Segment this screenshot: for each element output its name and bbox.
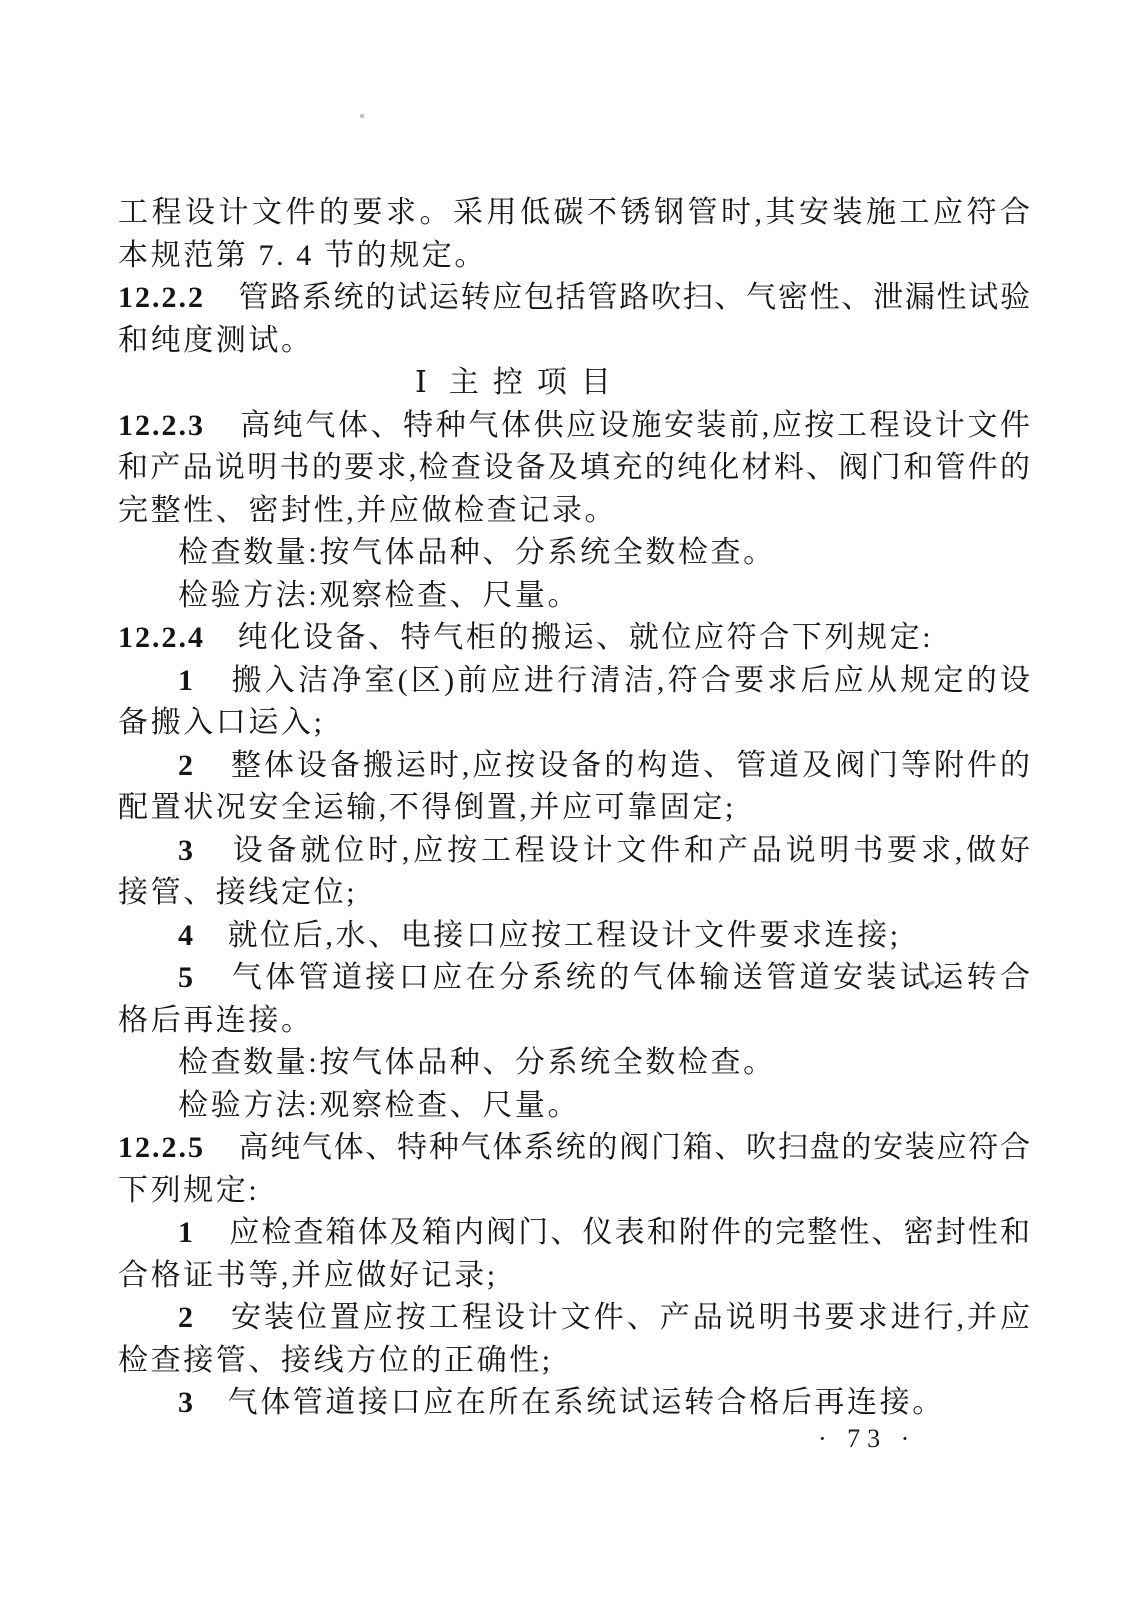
clause-text: 管路系统的试运转应包括管路吹扫、气密性、泄漏性试验 <box>205 281 1030 314</box>
text-line: 12.2.5 高纯气体、特种气体系统的阀门箱、吹扫盘的安装应符合 <box>118 1127 1030 1170</box>
clause-number: 1 <box>178 1216 195 1249</box>
clause-text: 和纯度测试。 <box>118 324 314 357</box>
clause-text: 纯化设备、特气柜的搬运、就位应符合下列规定: <box>205 621 933 654</box>
clause-text: 检查接管、接线方位的正确性; <box>118 1344 553 1377</box>
text-line: 12.2.3 高纯气体、特种气体供应设施安装前,应按工程设计文件 <box>118 405 1030 448</box>
clause-number: 2 <box>178 749 195 782</box>
clause-text: 设备就位时,应按工程设计文件和产品说明书要求,做好 <box>195 834 1030 867</box>
text-line: 检查数量:按气体品种、分系统全数检查。 <box>118 532 1030 575</box>
scan-speck <box>360 114 364 118</box>
text-line: 合格证书等,并应做好记录; <box>118 1255 1030 1298</box>
clause-text: 检查数量:按气体品种、分系统全数检查。 <box>178 1046 776 1079</box>
section-heading: Ⅰ主控项目 <box>118 362 1030 405</box>
clause-number: 12.2.3 <box>118 409 205 442</box>
clause-text: 合格证书等,并应做好记录; <box>118 1259 498 1292</box>
document-page: 工程设计文件的要求。采用低碳不锈钢管时,其安装施工应符合本规范第 7. 4 节的… <box>0 0 1142 1600</box>
clause-text: 检验方法:观察检查、尺量。 <box>178 1089 580 1122</box>
text-line: 和纯度测试。 <box>118 320 1030 363</box>
text-line: 接管、接线定位; <box>118 872 1030 915</box>
clause-text: 下列规定: <box>118 1174 259 1207</box>
clause-text: 接管、接线定位; <box>118 876 357 909</box>
text-line: 1 应检查箱体及箱内阀门、仪表和附件的完整性、密封性和 <box>118 1212 1030 1255</box>
clause-text: 应检查箱体及箱内阀门、仪表和附件的完整性、密封性和 <box>195 1216 1030 1249</box>
text-line: 和产品说明书的要求,检查设备及填充的纯化材料、阀门和管件的 <box>118 447 1030 490</box>
text-line: 3 气体管道接口应在所在系统试运转合格后再连接。 <box>118 1382 1030 1425</box>
clause-text: 整体设备搬运时,应按设备的构造、管道及阀门等附件的 <box>195 749 1030 782</box>
text-line: 完整性、密封性,并应做检查记录。 <box>118 490 1030 533</box>
text-line: 检验方法:观察检查、尺量。 <box>118 575 1030 618</box>
text-line: 格后再连接。 <box>118 1000 1030 1043</box>
text-line: 4 就位后,水、电接口应按工程设计文件要求连接; <box>118 915 1030 958</box>
clause-number: 4 <box>178 919 195 952</box>
text-line: 配置状况安全运输,不得倒置,并应可靠固定; <box>118 787 1030 830</box>
clause-text: 和产品说明书的要求,检查设备及填充的纯化材料、阀门和管件的 <box>118 451 1030 484</box>
text-line: 5 气体管道接口应在分系统的气体输送管道安装试运转合 <box>118 957 1030 1000</box>
text-line: 2 安装位置应按工程设计文件、产品说明书要求进行,并应 <box>118 1297 1030 1340</box>
text-line: 1 搬入洁净室(区)前应进行清洁,符合要求后应从规定的设 <box>118 660 1030 703</box>
clause-text: 完整性、密封性,并应做检查记录。 <box>118 494 617 527</box>
clause-text: 本规范第 7. 4 节的规定。 <box>118 239 487 272</box>
clause-number: 12.2.5 <box>118 1131 205 1164</box>
clause-text: 格后再连接。 <box>118 1004 314 1037</box>
text-line: 下列规定: <box>118 1170 1030 1213</box>
text-line: 3 设备就位时,应按工程设计文件和产品说明书要求,做好 <box>118 830 1030 873</box>
text-line: 工程设计文件的要求。采用低碳不锈钢管时,其安装施工应符合 <box>118 192 1030 235</box>
clause-number: 5 <box>178 961 195 994</box>
clause-number: 12.2.2 <box>118 281 205 314</box>
clause-text: 就位后,水、电接口应按工程设计文件要求连接; <box>195 919 901 952</box>
text-line: 检验方法:观察检查、尺量。 <box>118 1085 1030 1128</box>
clause-text: 安装位置应按工程设计文件、产品说明书要求进行,并应 <box>195 1301 1030 1334</box>
text-line: 12.2.2 管路系统的试运转应包括管路吹扫、气密性、泄漏性试验 <box>118 277 1030 320</box>
clause-text: 检查数量:按气体品种、分系统全数检查。 <box>178 536 776 569</box>
clause-text: 配置状况安全运输,不得倒置,并应可靠固定; <box>118 791 736 824</box>
clause-text: 气体管道接口应在分系统的气体输送管道安装试运转合 <box>195 961 1030 994</box>
text-line: 检查数量:按气体品种、分系统全数检查。 <box>118 1042 1030 1085</box>
text-line: 本规范第 7. 4 节的规定。 <box>118 235 1030 278</box>
page-number: · 73 · <box>818 1424 916 1454</box>
text-line: 2 整体设备搬运时,应按设备的构造、管道及阀门等附件的 <box>118 745 1030 788</box>
heading-title: 主控项目 <box>449 366 625 399</box>
clause-number: 1 <box>178 664 195 697</box>
clause-text: 工程设计文件的要求。采用低碳不锈钢管时,其安装施工应符合 <box>118 196 1030 229</box>
clause-number: 3 <box>178 1386 195 1419</box>
clause-text: 高纯气体、特种气体供应设施安装前,应按工程设计文件 <box>205 409 1030 442</box>
clause-number: 3 <box>178 834 195 867</box>
text-line: 备搬入口运入; <box>118 702 1030 745</box>
clause-number: 2 <box>178 1301 195 1334</box>
clause-text: 检验方法:观察检查、尺量。 <box>178 579 580 612</box>
clause-text: 气体管道接口应在所在系统试运转合格后再连接。 <box>195 1386 945 1419</box>
page-body-text: 工程设计文件的要求。采用低碳不锈钢管时,其安装施工应符合本规范第 7. 4 节的… <box>118 192 1030 1425</box>
clause-text: 搬入洁净室(区)前应进行清洁,符合要求后应从规定的设 <box>195 664 1030 697</box>
text-line: 12.2.4 纯化设备、特气柜的搬运、就位应符合下列规定: <box>118 617 1030 660</box>
clause-text: 高纯气体、特种气体系统的阀门箱、吹扫盘的安装应符合 <box>205 1131 1030 1164</box>
clause-text: 备搬入口运入; <box>118 706 325 739</box>
heading-numeral: Ⅰ <box>415 362 427 405</box>
text-line: 检查接管、接线方位的正确性; <box>118 1340 1030 1383</box>
clause-number: 12.2.4 <box>118 621 205 654</box>
